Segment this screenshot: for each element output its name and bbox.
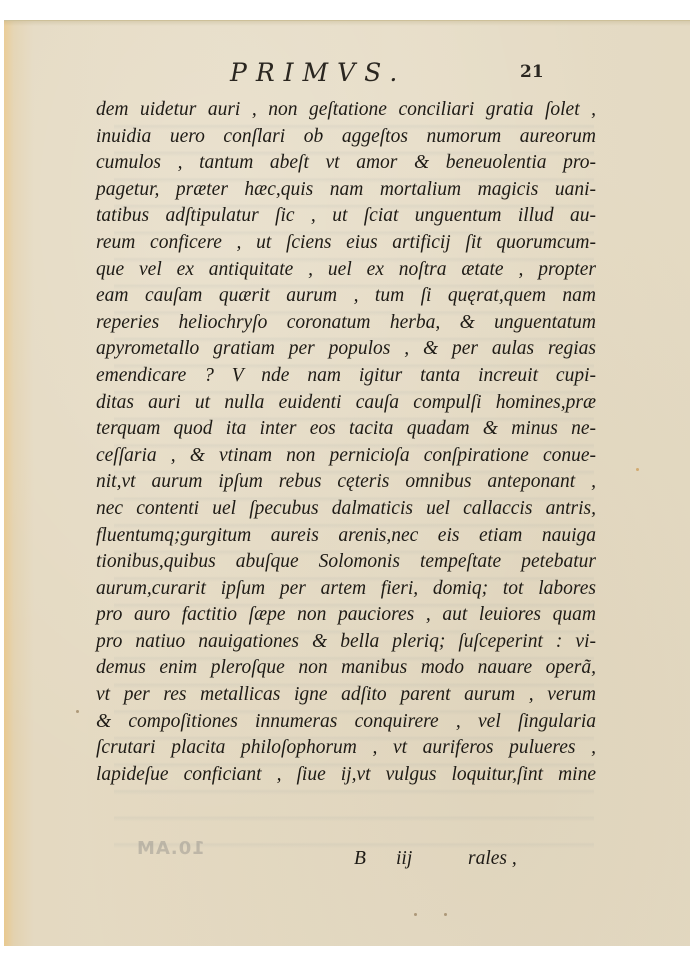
signature-number: iij [396,848,412,870]
text-line: tionibus,quibus abuſque Solomonis tempeſ… [96,549,596,576]
catchword: rales , [468,848,517,870]
body-text: dem uidetur auri , non geſtatione concil… [96,97,596,788]
text-line: apyrometallo gratiam per populos , & per… [96,336,596,363]
text-line: pro natiuo nauigationes & bella pleriq; … [96,629,596,656]
running-title: PRIMVS. [230,58,406,87]
text-line: nit,vt aurum ipſum rebus cęteris omnibus… [96,469,596,496]
text-line: nec contenti uel ſpecubus dalmaticis uel… [96,496,596,523]
library-stamp-mark: 10.AM [136,838,205,859]
text-line: demus enim pleroſque non manibus modo na… [96,655,596,682]
text-line: ſcrutari placita philoſophorum , vt auri… [96,735,596,762]
text-line: reum conficere , ut ſciens eius artifici… [96,230,596,257]
paper-speck [444,913,447,916]
text-line: eam cauſam quærit aurum , tum ſi quęrat,… [96,283,596,310]
paper-speck [636,468,639,471]
text-line: cumulos , tantum abeſt vt amor & beneuol… [96,150,596,177]
text-line: reperies heliochryſo coronatum herba, & … [96,310,596,337]
paper-speck [76,710,79,713]
signature-mark: B [354,848,366,870]
text-line: pagetur, præter hæc,quis nam mortalium m… [96,177,596,204]
text-line: que vel ex antiquitate , uel ex noſtra æ… [96,257,596,284]
text-line: lapideſue conficiant , ſiue ij,vt vulgus… [96,762,596,789]
text-line: emendicare ? V nde nam igitur tanta incr… [96,363,596,390]
text-line: inuidia uero conſlari ob aggeſtos numoru… [96,124,596,151]
text-line: aurum,curarit ipſum per artem fieri, dom… [96,576,596,603]
paper-speck [414,913,417,916]
text-line: dem uidetur auri , non geſtatione concil… [96,97,596,124]
text-line: fluentumq;gurgitum aureis arenis,nec eis… [96,523,596,550]
text-line: ceſſaria , & vtinam non pernicioſa conſp… [96,443,596,470]
text-line: ditas auri ut nulla euidenti cauſa compu… [96,390,596,417]
text-line: & compoſitiones innumeras conquirere , v… [96,709,596,736]
text-line: terquam quod ita inter eos tacita quadam… [96,416,596,443]
text-line: tatibus adſtipulatur ſic , ut ſciat ungu… [96,203,596,230]
text-line: pro auro factitio ſæpe non pauciores , a… [96,602,596,629]
book-page: PRIMVS. 21 dem uidetur auri , non geſtat… [4,20,690,946]
page-number: 21 [520,62,544,82]
text-line: vt per res metallicas igne adſito parent… [96,682,596,709]
running-head: PRIMVS. 21 [4,58,690,88]
